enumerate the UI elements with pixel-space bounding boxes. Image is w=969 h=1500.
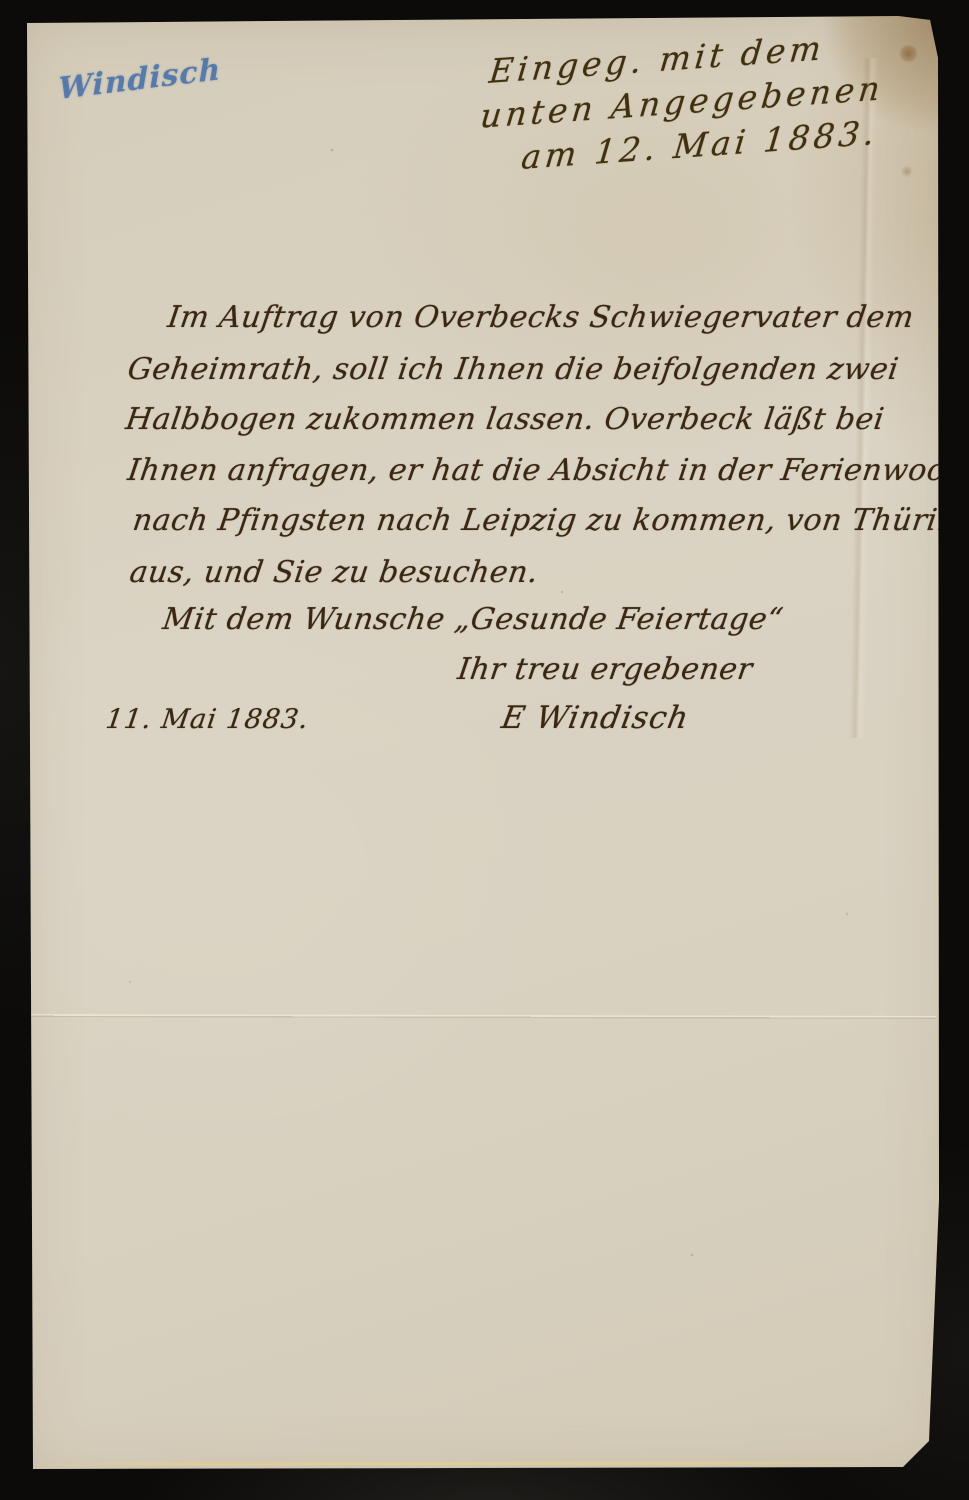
receipt-note: Eingeg. mit dem unten Angegebenen am 12.… xyxy=(488,22,888,181)
paper-bottom-edge-highlight xyxy=(45,1461,895,1465)
handwritten-line: Ihnen anfragen, er hat die Absicht in de… xyxy=(126,453,969,488)
pencil-owner-annotation: Windisch xyxy=(58,52,221,107)
small-stain-spot xyxy=(901,166,913,177)
closing-wish: Mit dem Wunsche „Gesunde Feiertage“ xyxy=(161,602,786,637)
handwritten-line: Geheimrath, soll ich Ihnen die beifolgen… xyxy=(126,352,901,387)
vertical-crease xyxy=(849,58,878,738)
paper-speckles xyxy=(0,0,4,4)
scan-background: { "colors": { "background": "#0c0b09", "… xyxy=(0,0,969,1500)
signature: E Windisch xyxy=(499,700,692,736)
date-line: 11. Mai 1883. xyxy=(104,704,311,735)
handwritten-line: aus, und Sie zu besuchen. xyxy=(128,555,541,590)
handwritten-line: Halbbogen zukommen lassen. Overbeck läßt… xyxy=(124,402,887,437)
ink-stain-spot xyxy=(899,45,918,62)
horizontal-fold-crease xyxy=(30,1014,936,1019)
valediction: Ihr treu ergebener xyxy=(456,652,755,687)
letter-paper: Windisch Eingeg. mit dem unten Angegeben… xyxy=(0,0,969,1500)
handwritten-line: nach Pfingsten nach Leipzig zu kommen, v… xyxy=(131,503,969,538)
handwritten-line: Im Auftrag von Overbecks Schwiegervater … xyxy=(166,300,917,335)
